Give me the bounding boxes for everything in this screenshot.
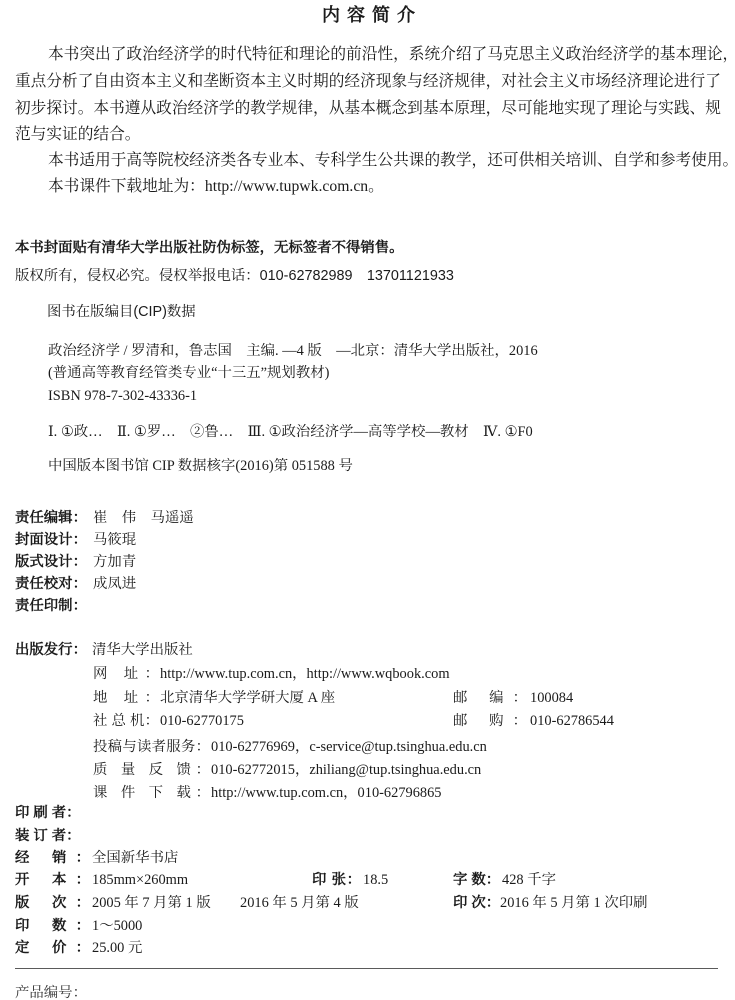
publisher-value: 清华大学出版社 <box>92 640 193 660</box>
anti-counterfeit-notice: 本书封面贴有清华大学出版社防伪标签，无标签者不得销售。 <box>15 238 404 258</box>
price-row: 定 价： 25.00 元 <box>0 938 735 958</box>
courseware-label: 课 件 下 载： <box>93 783 210 803</box>
summary-line: 本书突出了政治经济学的时代特征和理论的前沿性，系统介绍了马克思主义政治经济学的基… <box>48 45 735 65</box>
switchboard-label: 社 总 机： <box>93 711 159 731</box>
cip-line: 政治经济学 / 罗清和，鲁志国 主编. —4 版 —北京：清华大学出版社，201… <box>48 341 538 361</box>
quality-feedback-row: 质 量 反 馈： 010-62772015，zhiliang@tup.tsing… <box>0 760 735 780</box>
staff-row: 版式设计： 方加青 <box>0 552 735 572</box>
sheets-value: 18.5 <box>363 870 388 890</box>
staff-label: 版式设计： <box>15 552 87 572</box>
website-row: 网 址： http://www.tup.com.cn，http://www.wq… <box>0 664 735 684</box>
edition-row: 版 次： 2005 年 7 月第 1 版 2016 年 5 月第 4 版 印 次… <box>0 893 735 913</box>
summary-line: 重点分析了自由资本主义和垄断资本主义时期的经济现象与经济规律，对社会主义市场经济… <box>15 72 721 92</box>
quality-feedback-value: 010-62772015，zhiliang@tup.tsinghua.edu.c… <box>211 760 481 780</box>
staff-label: 责任编辑： <box>15 508 87 528</box>
edition-label: 版 次： <box>15 893 90 913</box>
staff-row: 责任印制： <box>0 596 735 616</box>
print-run-value: 1～5000 <box>92 916 142 936</box>
format-label: 开 本： <box>15 870 90 890</box>
postcode-value: 100084 <box>530 688 573 708</box>
courseware-value: http://www.tup.com.cn，010-62796865 <box>211 783 442 803</box>
staff-value: 方加青 <box>93 552 136 572</box>
price-label: 定 价： <box>15 938 90 958</box>
postcode-label: 邮 编： <box>453 688 527 708</box>
impression-value: 2016 年 5 月第 1 次印刷 <box>500 893 648 913</box>
staff-row: 封面设计： 马筱琨 <box>0 530 735 550</box>
address-label: 地 址： <box>93 688 159 708</box>
staff-row: 责任校对： 成凤进 <box>0 574 735 594</box>
printer-label: 印 刷 者： <box>15 803 79 823</box>
cip-verification: 中国版本图书馆 CIP 数据核字(2016)第 051588 号 <box>48 456 353 476</box>
quality-feedback-label: 质 量 反 馈： <box>93 760 210 780</box>
product-code-row: 产品编号： <box>0 983 735 1000</box>
staff-label: 责任校对： <box>15 574 87 594</box>
binder-row: 装 订 者： <box>0 826 735 846</box>
staff-value: 成凤进 <box>93 574 136 594</box>
cip-isbn: ISBN 978-7-302-43336-1 <box>48 386 197 406</box>
sheets-label: 印 张： <box>312 870 361 890</box>
format-value: 185mm×260mm <box>92 870 188 890</box>
reader-service-value: 010-62776969，c-service@tup.tsinghua.edu.… <box>211 737 487 757</box>
publisher-row: 出版发行： 清华大学出版社 <box>0 640 735 660</box>
summary-line: 本书适用于高等院校经济类各专业本、专科学生公共课的教学，还可供相关培训、自学和参… <box>48 151 735 171</box>
staff-label: 封面设计： <box>15 530 87 550</box>
mail-order-label: 邮 购： <box>453 711 527 731</box>
staff-value: 崔 伟 马遥遥 <box>93 508 194 528</box>
staff-value: 马筱琨 <box>93 530 136 550</box>
format-row: 开 本： 185mm×260mm 印 张： 18.5 字 数： 428 千字 <box>0 870 735 890</box>
website-label: 网 址： <box>93 664 159 684</box>
cip-classification: Ⅰ. ①政… Ⅱ. ①罗… ②鲁… Ⅲ. ①政治经济学—高等学校—教材 Ⅳ. ①… <box>48 422 533 442</box>
print-run-label: 印 数： <box>15 916 90 936</box>
mail-order-value: 010-62786544 <box>530 711 614 731</box>
summary-line: 本书课件下载地址为：http://www.tupwk.com.cn。 <box>48 177 384 197</box>
summary-line: 范与实证的结合。 <box>15 125 141 145</box>
product-code-label: 产品编号： <box>15 983 87 1000</box>
staff-row: 责任编辑： 崔 伟 马遥遥 <box>0 508 735 528</box>
impression-label: 印 次： <box>453 893 498 913</box>
binder-label: 装 订 者： <box>15 826 79 846</box>
word-count-label: 字 数： <box>453 870 500 890</box>
copyright-notice: 版权所有，侵权必究。侵权举报电话：010-62782989 1370112193… <box>15 266 454 286</box>
distributor-row: 经 销： 全国新华书店 <box>0 848 735 868</box>
distributor-value: 全国新华书店 <box>92 848 178 868</box>
switchboard-row: 社 总 机： 010-62770175 邮 购： 010-62786544 <box>0 711 735 731</box>
switchboard-value: 010-62770175 <box>160 711 244 731</box>
word-count-value: 428 千字 <box>502 870 556 890</box>
website-value: http://www.tup.com.cn，http://www.wqbook.… <box>160 664 450 684</box>
cip-heading: 图书在版编目(CIP)数据 <box>47 302 196 322</box>
address-value: 北京清华大学学研大厦 A 座 <box>160 688 335 708</box>
divider <box>15 968 718 969</box>
reader-service-label: 投稿与读者服务： <box>93 737 210 757</box>
print-run-row: 印 数： 1～5000 <box>0 916 735 936</box>
summary-line: 初步探讨。本书遵从政治经济学的教学规律，从基本概念到基本原理，尽可能地实现了理论… <box>15 99 721 119</box>
edition-value: 2005 年 7 月第 1 版 <box>92 893 211 913</box>
page-title: 内容简介 <box>322 4 422 26</box>
staff-label: 责任印制： <box>15 596 87 616</box>
cip-line: (普通高等教育经管类专业“十三五”规划教材) <box>48 363 329 383</box>
address-row: 地 址： 北京清华大学学研大厦 A 座 邮 编： 100084 <box>0 688 735 708</box>
distributor-label: 经 销： <box>15 848 90 868</box>
publisher-label: 出版发行： <box>15 640 87 660</box>
printer-row: 印 刷 者： <box>0 803 735 823</box>
reader-service-row: 投稿与读者服务： 010-62776969，c-service@tup.tsin… <box>0 737 735 757</box>
edition-value-current: 2016 年 5 月第 4 版 <box>240 893 359 913</box>
price-value: 25.00 元 <box>92 938 142 958</box>
courseware-row: 课 件 下 载： http://www.tup.com.cn，010-62796… <box>0 783 735 803</box>
